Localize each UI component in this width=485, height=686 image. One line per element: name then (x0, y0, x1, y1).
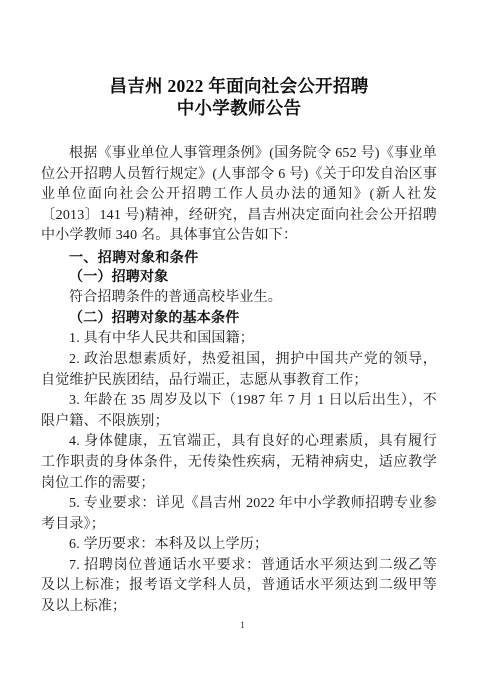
condition-item-6-education-requirement: 6. 学历要求：本科及以上学历； (41, 535, 437, 556)
condition-item-3-age: 3. 年龄在 35 周岁及以下（1987 年 7 月 1 日以后出生），不限户籍… (41, 391, 437, 432)
document-page: 昌吉州 2022 年面向社会公开招聘 中小学教师公告 根据《事业单位人事管理条例… (0, 0, 485, 686)
document-body: 根据《事业单位人事管理条例》(国务院令 652 号)《事业单位公开招聘人员暂行规… (41, 144, 437, 618)
title-line-2: 中小学教师公告 (41, 98, 437, 120)
subsection-heading-basic-conditions: （二）招聘对象的基本条件 (41, 309, 437, 330)
condition-item-1-nationality: 1. 具有中华人民共和国国籍； (41, 329, 437, 350)
intro-paragraph: 根据《事业单位人事管理条例》(国务院令 652 号)《事业单位公开招聘人员暂行规… (41, 144, 437, 247)
condition-item-7-putonghua-requirement: 7. 招聘岗位普通话水平要求：普通话水平须达到二级乙等及以上标准；报考语文学科人… (41, 556, 437, 618)
document-title: 昌吉州 2022 年面向社会公开招聘 中小学教师公告 (41, 76, 437, 119)
paragraph-eligible-graduates: 符合招聘条件的普通高校毕业生。 (41, 288, 437, 309)
title-line-1: 昌吉州 2022 年面向社会公开招聘 (41, 76, 437, 98)
condition-item-4-health: 4. 身体健康，五官端正，具有良好的心理素质，具有履行工作职责的身体条件，无传染… (41, 432, 437, 494)
condition-item-2-political-quality: 2. 政治思想素质好，热爱祖国，拥护中国共产党的领导，自觉维护民族团结，品行端正… (41, 350, 437, 391)
subsection-heading-recruitment-targets: （一）招聘对象 (41, 268, 437, 289)
page-number: 1 (0, 621, 485, 631)
section-heading-recruitment-targets-and-conditions: 一、招聘对象和条件 (41, 247, 437, 268)
condition-item-5-major-requirement: 5. 专业要求：详见《昌吉州 2022 年中小学教师招聘专业参考目录》； (41, 494, 437, 535)
